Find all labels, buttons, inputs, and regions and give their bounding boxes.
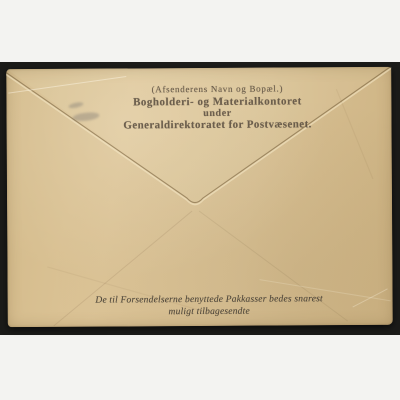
sender-imprint-line-4: Generaldirektoratet for Postvæsenet.	[33, 118, 400, 132]
return-request-line-2: muligt tilbagesendte	[17, 305, 400, 319]
sender-imprint: (Afsenderens Navn og Bopæl.) Bogholderi-…	[32, 82, 400, 132]
photo-background: (Afsenderens Navn og Bopæl.) Bogholderi-…	[0, 62, 400, 335]
return-request-note: De til Forsendelserne benyttede Pakkasse…	[17, 293, 400, 319]
envelope-back: (Afsenderens Navn og Bopæl.) Bogholderi-…	[6, 67, 393, 327]
photo-mat: (Afsenderens Navn og Bopæl.) Bogholderi-…	[0, 0, 400, 400]
